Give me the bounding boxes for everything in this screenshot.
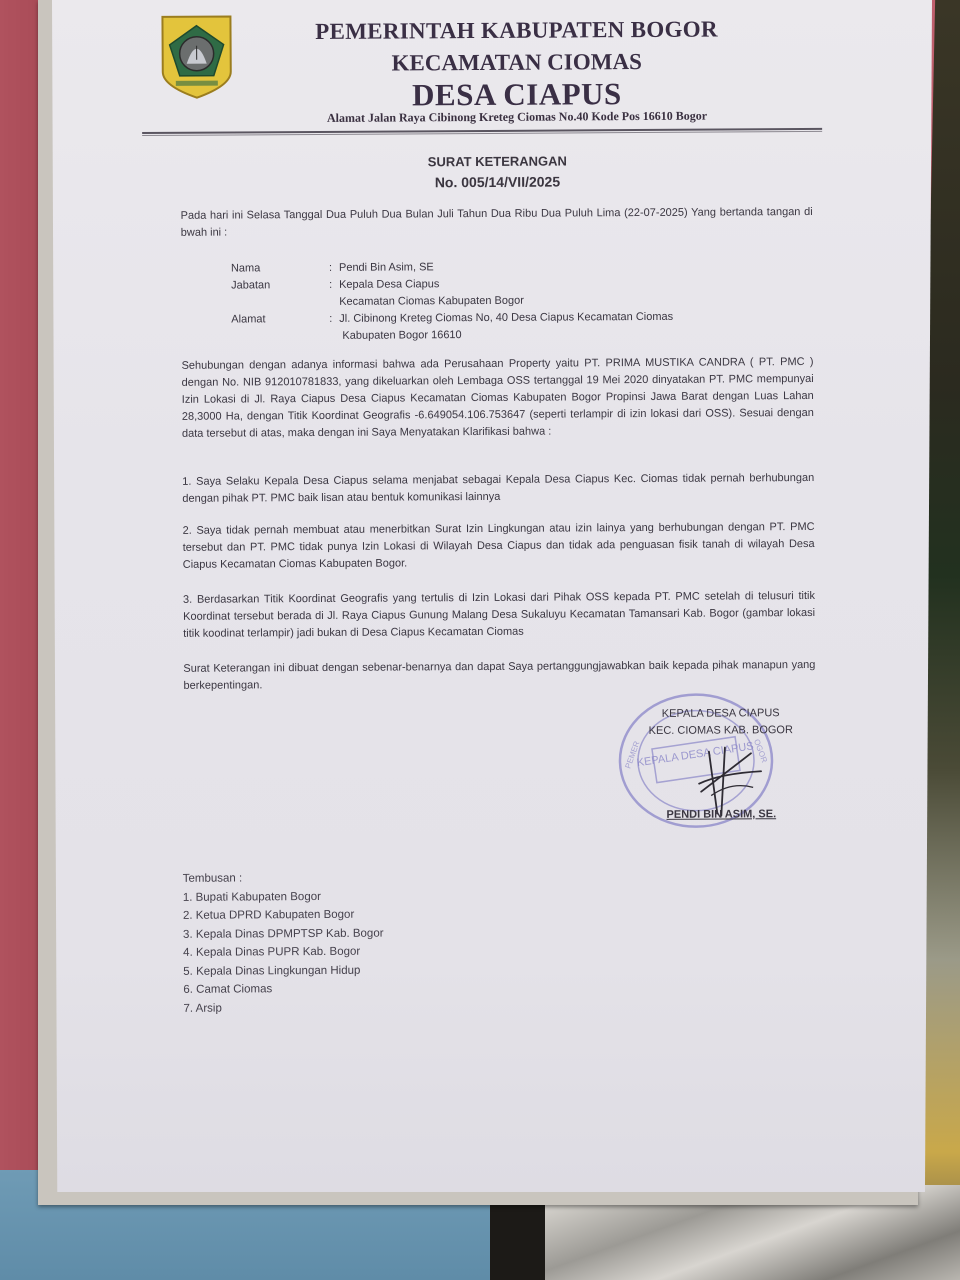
statement-point-1: 1. Saya Selaku Kepala Desa Ciapus selama… xyxy=(182,470,814,508)
info-value: Jl. Cibinong Kreteg Ciomas No, 40 Desa C… xyxy=(339,308,751,345)
kabupaten-bogor-emblem-icon xyxy=(159,13,234,99)
signature-district: KEC. CIOMAS KAB. BOGOR xyxy=(631,722,811,740)
document-number: No. 005/14/VII/2025 xyxy=(297,170,697,194)
cc-item: 4. Kepala Dinas PUPR Kab. Bogor xyxy=(183,942,483,962)
signature-title: KEPALA DESA CIAPUS KEC. CIOMAS KAB. BOGO… xyxy=(631,705,811,740)
cc-item: 5. Kepala Dinas Lingkungan Hidup xyxy=(183,960,483,980)
signatory-name: PENDI BIN ASIM, SE. xyxy=(641,808,801,821)
cc-item: 6. Camat Ciomas xyxy=(183,979,483,999)
document-title-block: SURAT KETERANGAN No. 005/14/VII/2025 xyxy=(297,152,697,194)
cc-item: 7. Arsip xyxy=(183,997,483,1017)
info-row-address: Alamat : Jl. Cibinong Kreteg Ciomas No, … xyxy=(231,308,751,345)
info-colon: : xyxy=(329,311,339,345)
info-row-position: Jabatan : Kepala Desa Ciapus Kecamatan C… xyxy=(231,274,751,311)
letterhead-address: Alamat Jalan Raya Cibinong Kreteg Ciomas… xyxy=(257,107,777,126)
info-label: Alamat xyxy=(231,311,329,346)
carbon-copy-list: Tembusan : 1. Bupati Kabupaten Bogor 2. … xyxy=(183,868,484,1018)
statement-point-3: 3. Berdasarkan Titik Koordinat Geografis… xyxy=(183,588,815,643)
signatory-info: Nama : Pendi Bin Asim, SE Jabatan : Kepa… xyxy=(231,257,752,345)
letterhead-government: PEMERINTAH KABUPATEN BOGOR xyxy=(246,12,786,49)
statement-point-2: 2. Saya tidak pernah membuat atau menerb… xyxy=(183,519,815,574)
intro-paragraph: Pada hari ini Selasa Tanggal Dua Puluh D… xyxy=(181,204,813,242)
letterhead-divider xyxy=(142,128,822,136)
signature-position: KEPALA DESA CIAPUS xyxy=(631,705,811,723)
cc-title: Tembusan : xyxy=(183,868,483,888)
letterhead: PEMERINTAH KABUPATEN BOGOR KECAMATAN CIO… xyxy=(246,12,787,113)
closing-paragraph: Surat Keterangan ini dibuat dengan seben… xyxy=(183,657,815,695)
info-label: Jabatan xyxy=(231,277,329,312)
main-paragraph: Sehubungan dengan adanya informasi bahwa… xyxy=(182,354,815,443)
letter-content: PEMERINTAH KABUPATEN BOGOR KECAMATAN CIO… xyxy=(0,0,960,1280)
letterhead-district: KECAMATAN CIOMAS xyxy=(247,46,787,79)
cc-item: 2. Ketua DPRD Kabupaten Bogor xyxy=(183,905,483,925)
info-value-line: Kabupaten Bogor 16610 xyxy=(339,325,751,345)
info-colon: : xyxy=(329,260,339,277)
cc-item: 3. Kepala Dinas DPMPTSP Kab. Bogor xyxy=(183,923,483,943)
info-colon: : xyxy=(329,277,339,311)
info-label: Nama xyxy=(231,260,329,278)
cc-item: 1. Bupati Kabupaten Bogor xyxy=(183,886,483,906)
info-value: Kepala Desa Ciapus Kecamatan Ciomas Kabu… xyxy=(339,274,751,311)
